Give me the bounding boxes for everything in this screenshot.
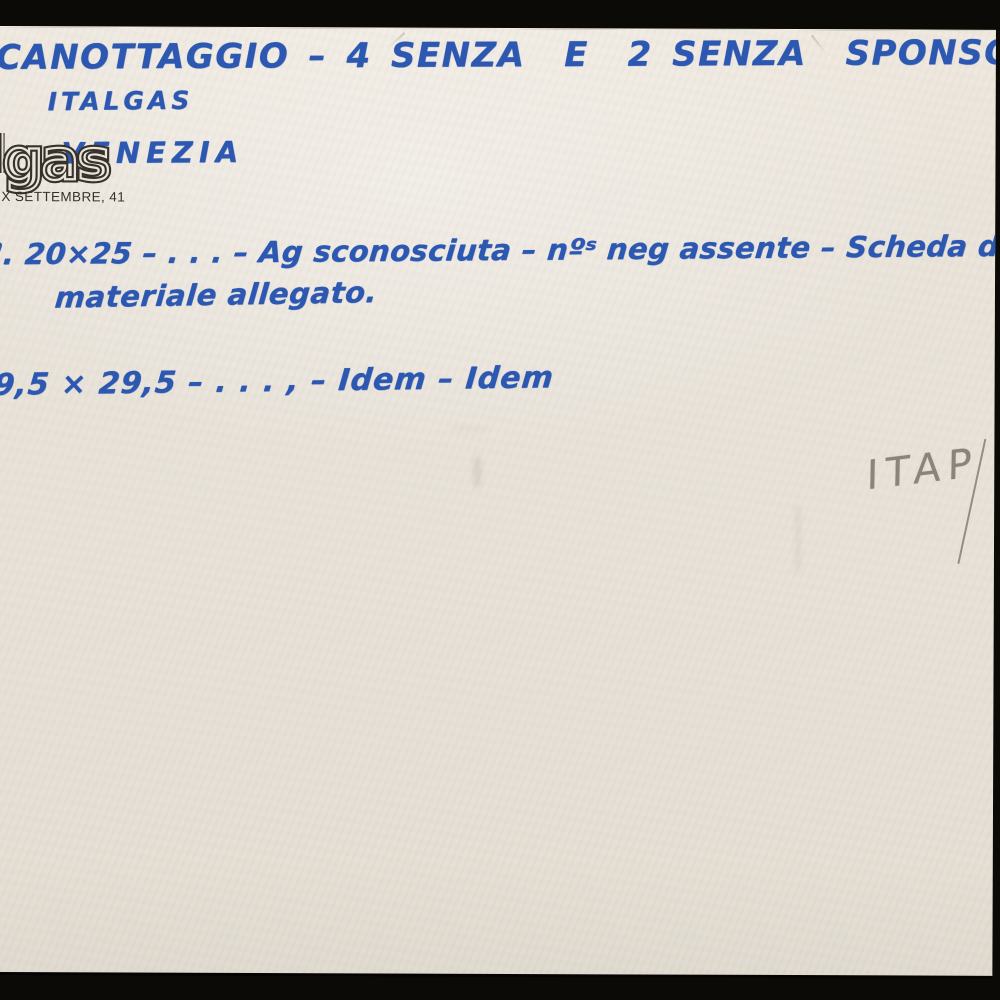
catalog-entry-1: ℓ. 20×25 – . . . – Ag sconosciuta – nºˢ … [0,229,996,272]
faint-bleed-mark [796,506,800,572]
faint-smudge [473,455,481,489]
photo-background: { "scene": { "background_color": "#0c0a0… [0,0,1000,1000]
faint-smudge [450,427,490,432]
handwritten-title: CANOTTAGGIO – 4 SENZA E 2 SENZA SPONSORI… [0,32,996,77]
pencil-code: ITAP [866,440,979,500]
archive-photo: CANOTTAGGIO – 4 SENZA E 2 SENZA SPONSORI… [0,0,1000,1000]
letterhead-address: X SETTEMBRE, 41 [1,189,125,204]
catalog-entry-2: 9,5 × 29,5 – . . . , – Idem – Idem [0,360,555,403]
catalog-entry-1-continued: materiale allegato. [53,275,378,315]
handwritten-brand: ITALGAS [48,86,194,116]
logo-text-inner: gas [3,128,108,193]
envelope: CANOTTAGGIO – 4 SENZA E 2 SENZA SPONSORI… [0,26,996,976]
